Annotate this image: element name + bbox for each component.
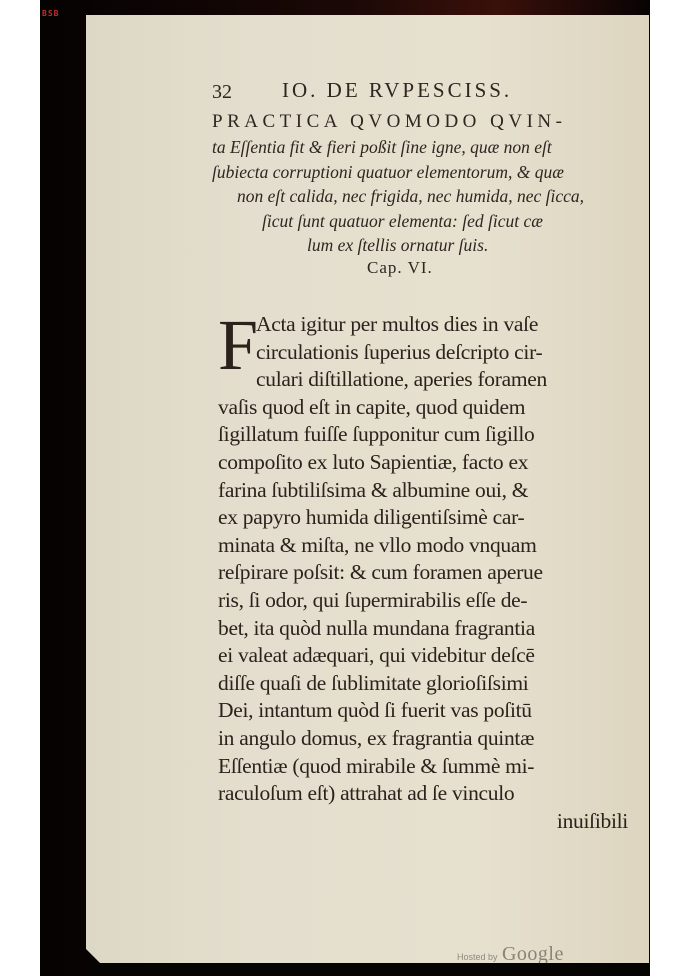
drop-cap-initial: F	[218, 313, 258, 377]
chapter-heading: PRACTICA QVOMODO QVIN- ta Eſſentia fit &…	[212, 111, 624, 278]
body-line: Dei, intantum quòd ſi fuerit vas poſitū	[218, 697, 628, 725]
chapter-label: Cap. VI.	[212, 258, 624, 278]
chapter-title-line: lum ex ſtellis ornatur ſuis.	[212, 233, 624, 258]
body-line: in angulo domus, ex fragrantia quintæ	[218, 725, 628, 753]
body-line: ſigillatum fuiſſe ſupponitur cum ſigillo	[218, 421, 628, 449]
body-line: compoſito ex luto Sapientiæ, facto ex	[218, 449, 628, 477]
body-line: ex papyro humida diligentiſsimè car-	[218, 504, 628, 532]
library-watermark: BSB	[42, 9, 59, 18]
catchword: inuiſibili	[218, 808, 628, 836]
body-line: minata & miſta, ne vllo modo vnquam	[218, 532, 628, 560]
running-title: IO. DE RVPESCISS.	[282, 78, 512, 103]
body-line: culari diſtillatione, aperies foramen	[218, 366, 628, 394]
body-line: raculoſum eſt) attrahat ad ſe vinculo	[218, 780, 628, 808]
chapter-title-caps: PRACTICA QVOMODO QVIN-	[212, 111, 624, 133]
chapter-title-line: ſicut ſunt quatuor elementa: ſed ſicut c…	[212, 209, 624, 234]
body-line: bet, ita quòd nulla mundana fragrantia	[218, 615, 628, 643]
scan-bottom-edge	[86, 963, 650, 976]
chapter-title-line: ta Eſſentia fit & fieri poßit ſine igne,…	[212, 135, 624, 160]
running-head: 32 IO. DE RVPESCISS.	[212, 78, 632, 106]
body-text: F Acta igitur per multos dies in vaſe ci…	[218, 311, 628, 835]
body-line: farina ſubtiliſsima & albumine oui, &	[218, 477, 628, 505]
body-line: circulationis ſuperius deſcripto cir-	[218, 339, 628, 367]
body-line: ris, ſi odor, qui ſupermirabilis eſſe de…	[218, 587, 628, 615]
hosted-by-label: Hosted by	[457, 952, 498, 962]
body-line: Acta igitur per multos dies in vaſe	[218, 311, 628, 339]
google-logo: Google	[502, 943, 564, 965]
body-line: vaſis quod eſt in capite, quod quidem	[218, 394, 628, 422]
body-line: ei valeat adæquari, qui videbitur deſcē	[218, 642, 628, 670]
body-line: diſſe quaſi de ſublimitate glorioſiſsimi	[218, 670, 628, 698]
body-line: Eſſentiæ (quod mirabile & ſummè mi-	[218, 753, 628, 781]
page-number: 32	[212, 81, 232, 104]
chapter-title-line: ſubiecta corruptioni quatuor elementorum…	[212, 160, 624, 185]
chapter-title-line: non eſt calida, nec frigida, nec humida,…	[212, 184, 624, 209]
body-line: reſpirare poſsit: & cum foramen aperue	[218, 559, 628, 587]
